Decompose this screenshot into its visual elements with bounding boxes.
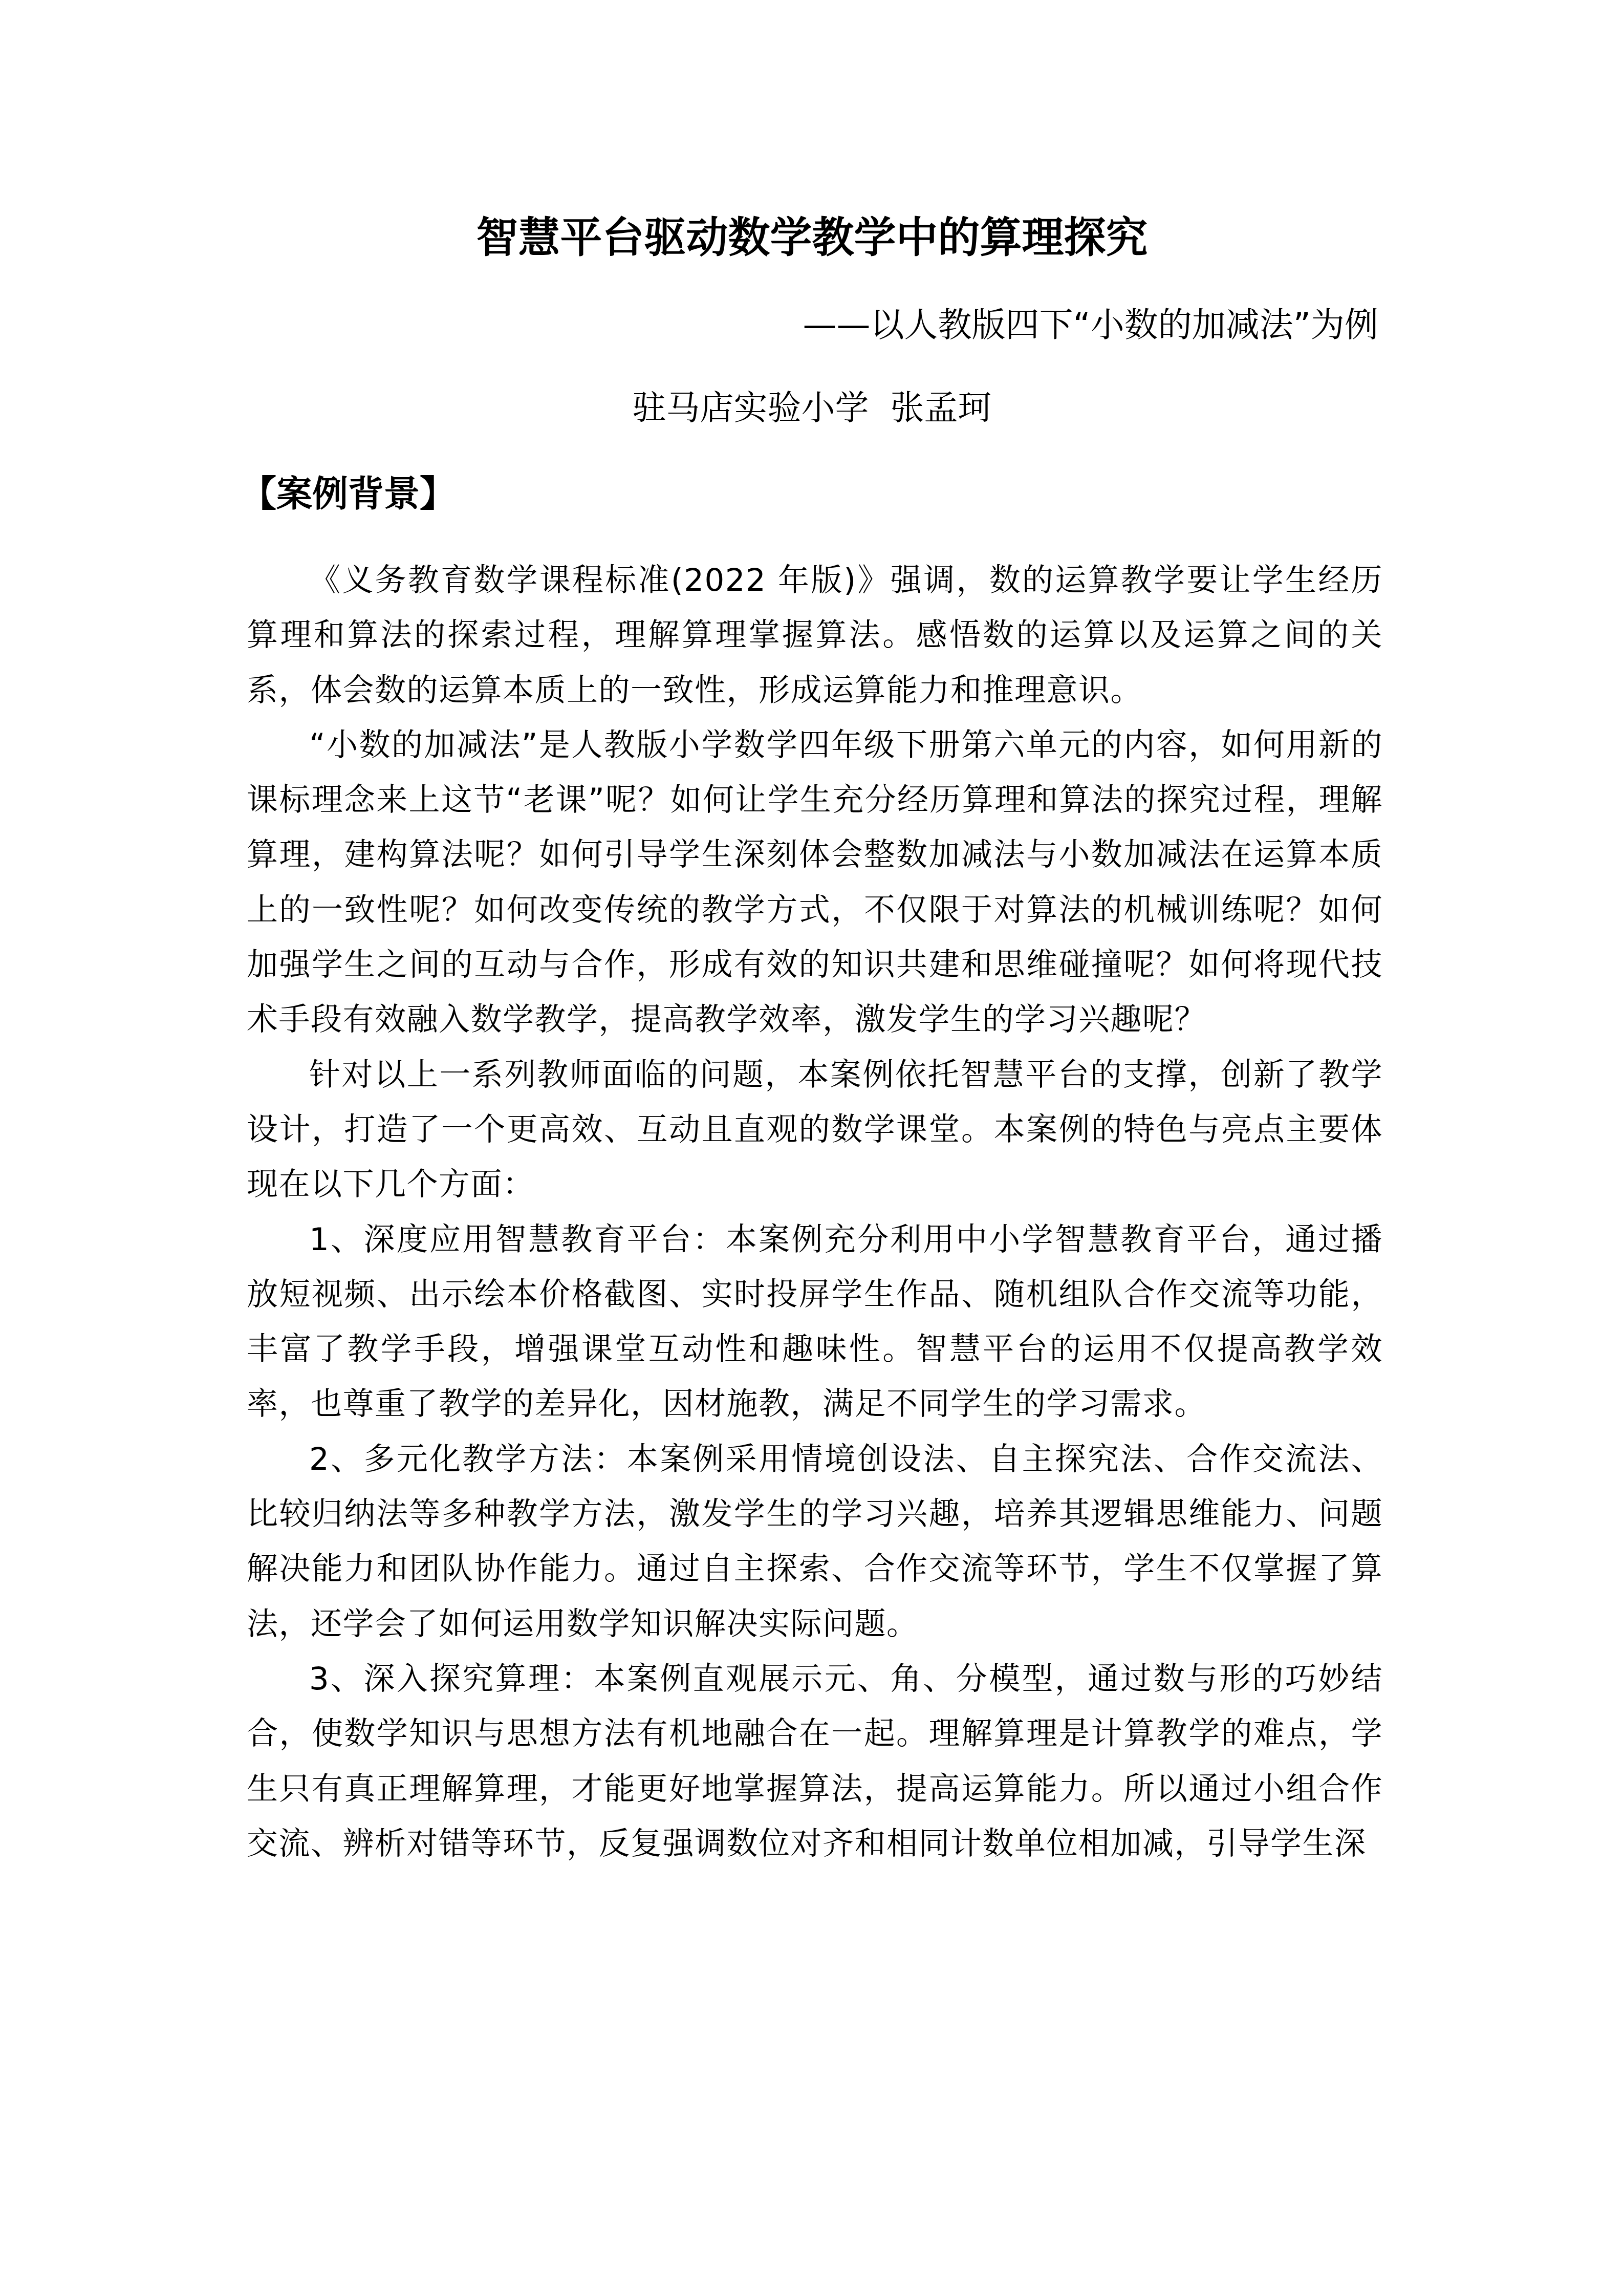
document-subtitle: ——以人教版四下“小数的加减法”为例 <box>803 302 1378 348</box>
section-heading: 【案例背景】 <box>241 468 456 520</box>
paragraph-feature-1: 1、深度应用智慧教育平台：本案例充分利用中小学智慧教育平台，通过播放短视频、出示… <box>247 1212 1383 1432</box>
document-body: 《义务教育数学课程标准(2022 年版)》强调，数的运算教学要让学生经历算理和算… <box>247 553 1383 1871</box>
paragraph-feature-3: 3、深入探究算理：本案例直观展示元、角、分模型，通过数与形的巧妙结合，使数学知识… <box>247 1651 1383 1871</box>
paragraph-curriculum-standard: 《义务教育数学课程标准(2022 年版)》强调，数的运算教学要让学生经历算理和算… <box>247 553 1383 718</box>
document-page: 智慧平台驱动数学教学中的算理探究 ——以人教版四下“小数的加减法”为例 驻马店实… <box>0 0 1624 2296</box>
author-line: 驻马店实验小学 张孟珂 <box>0 385 1624 431</box>
paragraph-feature-2: 2、多元化教学方法：本案例采用情境创设法、自主探究法、合作交流法、比较归纳法等多… <box>247 1432 1383 1651</box>
document-title: 智慧平台驱动数学教学中的算理探究 <box>0 212 1624 264</box>
paragraph-case-overview: 针对以上一系列教师面临的问题，本案例依托智慧平台的支撑，创新了教学设计，打造了一… <box>247 1047 1383 1212</box>
paragraph-lesson-questions: “小数的加减法”是人教版小学数学四年级下册第六单元的内容，如何用新的课标理念来上… <box>247 718 1383 1047</box>
